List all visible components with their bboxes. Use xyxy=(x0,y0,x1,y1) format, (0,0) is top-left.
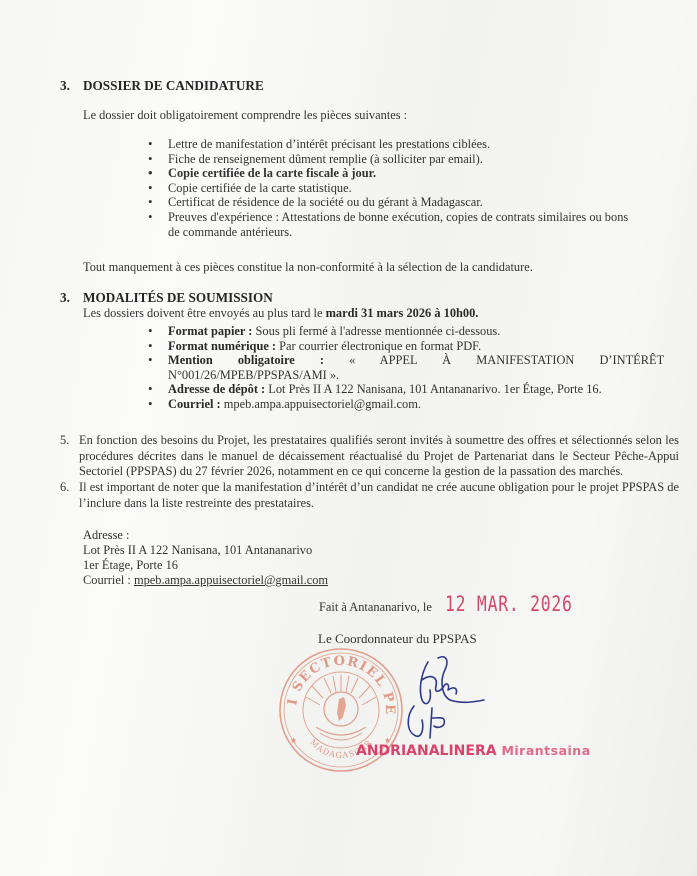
dossier-items-list: Lettre de manifestation d’intérêt précis… xyxy=(148,137,628,239)
list-item: Format numérique : Par courrier électron… xyxy=(148,339,680,354)
list-item: Certificat de résidence de la société ou… xyxy=(148,195,628,210)
address-email-row: Courriel : mpeb.ampa.appuisectoriel@gmai… xyxy=(83,573,328,588)
section-dossier-intro: Le dossier doit obligatoirement comprend… xyxy=(83,108,407,123)
date-stamp: 12 MAR. 2026 xyxy=(445,592,573,616)
list-item-continuation: de commande antérieurs. xyxy=(148,225,628,240)
list-item: Adresse de dépôt : Lot Près II A 122 Nan… xyxy=(148,382,680,397)
numbered-item-5: 5. En fonction des besoins du Projet, le… xyxy=(60,433,680,481)
list-item: Fiche de renseignement dûment remplie (à… xyxy=(148,152,628,167)
address-line-1: Lot Près II A 122 Nanisana, 101 Antanana… xyxy=(83,543,312,558)
list-item: Copie certifiée de la carte statistique. xyxy=(148,181,628,196)
address-line-2: 1er Étage, Porte 16 xyxy=(83,558,178,573)
signatory-name-stamp: ANDRIANALINERA Mirantsaina xyxy=(356,743,591,759)
deadline-prefix: Les dossiers doivent être envoyés au plu… xyxy=(83,306,326,320)
list-item: Copie certifiée de la carte fiscale à jo… xyxy=(148,166,628,181)
soumission-items-list: Format papier : Sous pli fermé à l'adres… xyxy=(148,324,680,412)
deadline-date: mardi 31 mars 2026 à 10h00. xyxy=(326,306,479,320)
list-item: Lettre de manifestation d’intérêt précis… xyxy=(148,137,628,152)
list-item: Format papier : Sous pli fermé à l'adres… xyxy=(148,324,680,339)
signatory-last-name: ANDRIANALINERA xyxy=(356,743,497,759)
section-dossier-number: 3. xyxy=(60,78,70,94)
svg-text:★: ★ xyxy=(290,736,297,745)
section-dossier-title: DOSSIER DE CANDIDATURE xyxy=(83,78,264,94)
section-soumission-number: 3. xyxy=(60,290,70,306)
signature-place: Fait à Antananarivo, le xyxy=(319,600,432,615)
handwritten-signature-icon xyxy=(392,652,502,742)
dossier-note: Tout manquement à ces pièces constitue l… xyxy=(83,260,533,275)
list-item: Preuves d'expérience : Attestations de b… xyxy=(148,210,628,225)
soumission-deadline: Les dossiers doivent être envoyés au plu… xyxy=(83,306,478,321)
address-label: Adresse : xyxy=(83,528,129,543)
document-page: 3. DOSSIER DE CANDIDATURE Le dossier doi… xyxy=(0,0,697,876)
section-soumission-title: MODALITÉS DE SOUMISSION xyxy=(83,290,273,306)
list-item: Mention obligatoire : « APPEL À MANIFEST… xyxy=(148,353,680,368)
list-item: Courriel : mpeb.ampa.appuisectoriel@gmai… xyxy=(148,397,680,412)
signatory-first-name: Mirantsaina xyxy=(501,743,590,758)
numbered-item-6: 6. Il est important de noter que la mani… xyxy=(60,480,680,512)
list-item-continuation: N°001/26/MPEB/PPSPAS/AMI ». xyxy=(148,368,680,383)
email-link[interactable]: mpeb.ampa.appuisectoriel@gmail.com xyxy=(134,573,328,587)
